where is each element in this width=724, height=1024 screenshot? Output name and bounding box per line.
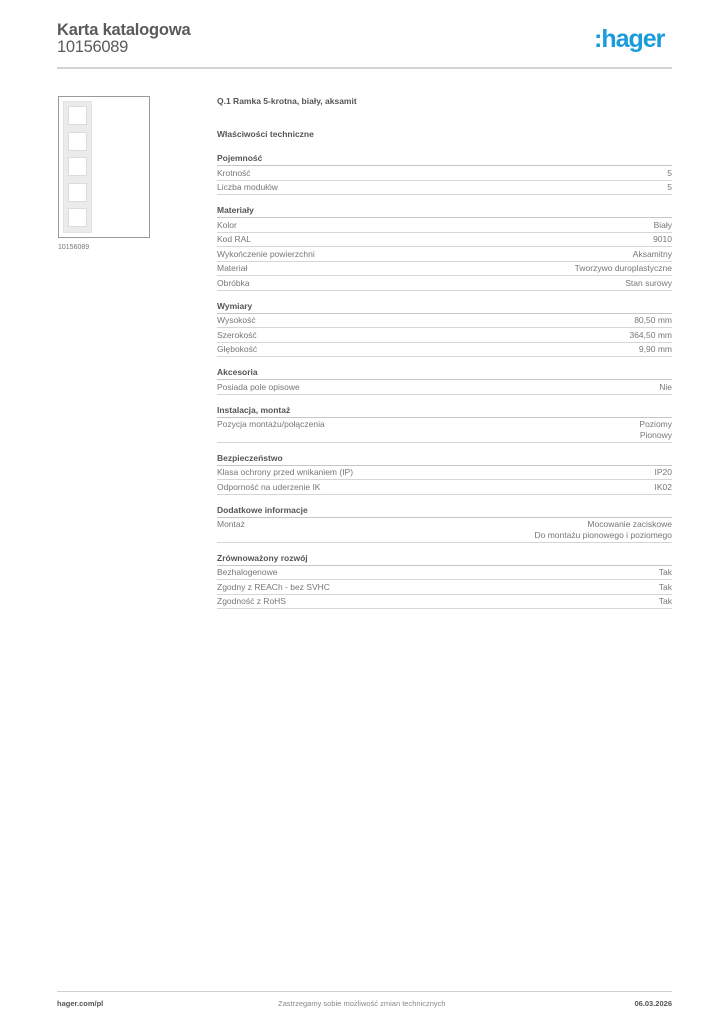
spec-label: Wysokość [217,315,256,326]
spec-value-line: Aksamitny [633,249,672,260]
spec-label: Krotność [217,168,251,179]
spec-group-title: Pojemność [217,153,672,166]
spec-value-line: 9010 [653,234,672,245]
spec-label: Bezhalogenowe [217,567,278,578]
spec-value-line: Poziomy [639,419,672,430]
spec-label: Wykończenie powierzchni [217,249,315,260]
footer-divider [57,991,672,992]
spec-value: Nie [659,382,672,393]
spec-group: Zrównoważony rozwójBezhalogenoweTakZgodn… [217,553,672,610]
product-code: 10156089 [57,38,128,57]
spec-row: Szerokość364,50 mm [217,328,672,343]
spec-value-line: 364,50 mm [629,330,672,341]
spec-value-line: Do montażu pionowego i poziomego [534,530,672,541]
spec-group: MateriałyKolorBiałyKod RAL9010Wykończeni… [217,205,672,291]
spec-value: Tak [659,596,672,607]
spec-value: 5 [667,182,672,193]
spec-value: 364,50 mm [629,330,672,341]
spec-value: Tak [659,567,672,578]
spec-value: Tak [659,582,672,593]
spec-group-title: Materiały [217,205,672,218]
spec-label: Montaż [217,519,245,540]
spec-label: Pozycja montażu/połączenia [217,419,325,440]
spec-group: AkcesoriaPosiada pole opisoweNie [217,367,672,395]
spec-value-line: Mocowanie zaciskowe [534,519,672,530]
spec-value-line: Tak [659,582,672,593]
header-divider [57,67,672,69]
spec-row: MontażMocowanie zaciskoweDo montażu pion… [217,518,672,543]
spec-row: Klasa ochrony przed wnikaniem (IP)IP20 [217,466,672,481]
spec-group: Instalacja, montażPozycja montażu/połącz… [217,405,672,443]
spec-row: KolorBiały [217,218,672,233]
spec-groups: PojemnośćKrotność5Liczba modułów5Materia… [217,153,672,609]
frame-cell [68,183,87,202]
spec-row: ObróbkaStan surowy [217,276,672,291]
spec-label: Szerokość [217,330,257,341]
spec-value: 5 [667,168,672,179]
frame-illustration [63,101,92,233]
spec-value-line: 5 [667,182,672,193]
footer-disclaimer: Zastrzegamy sobie możliwość zmian techni… [278,999,446,1008]
spec-row: Pozycja montażu/połączeniaPoziomyPionowy [217,418,672,443]
spec-value-line: 9,90 mm [639,344,672,355]
spec-group: Dodatkowe informacjeMontażMocowanie zaci… [217,505,672,543]
spec-group: BezpieczeństwoKlasa ochrony przed wnikan… [217,453,672,495]
product-image-caption: 10156089 [58,244,89,251]
frame-cell [68,106,87,125]
spec-value-line: Tak [659,567,672,578]
spec-label: Posiada pole opisowe [217,382,300,393]
spec-group-title: Zrównoważony rozwój [217,553,672,566]
spec-label: Głębokość [217,344,257,355]
spec-value-line: 80,50 mm [634,315,672,326]
spec-value-line: Biały [654,220,672,231]
section-heading: Właściwości techniczne [217,129,672,141]
footer-website-link[interactable]: hager.com/pl [57,999,103,1008]
spec-value: Aksamitny [633,249,672,260]
spec-content: Q.1 Ramka 5-krotna, biały, aksamit Właśc… [217,96,672,619]
spec-label: Kod RAL [217,234,251,245]
hager-logo: :hager [594,27,664,52]
footer-date: 06.03.2026 [634,999,672,1008]
spec-row: Wysokość80,50 mm [217,314,672,329]
spec-value: 80,50 mm [634,315,672,326]
product-image [58,96,150,238]
spec-row: Głębokość9,90 mm [217,343,672,358]
spec-value: Biały [654,220,672,231]
spec-group: PojemnośćKrotność5Liczba modułów5 [217,153,672,195]
frame-cell [68,208,87,227]
spec-row: Zgodny z REACh - bez SVHCTak [217,580,672,595]
spec-label: Liczba modułów [217,182,278,193]
spec-row: Posiada pole opisoweNie [217,380,672,395]
spec-value: IP20 [655,467,673,478]
spec-group-title: Instalacja, montaż [217,405,672,418]
spec-row: MateriałTworzywo duroplastyczne [217,262,672,277]
spec-value-line: Tworzywo duroplastyczne [575,263,672,274]
spec-value: PoziomyPionowy [639,419,672,440]
spec-value: Mocowanie zaciskoweDo montażu pionowego … [534,519,672,540]
spec-group-title: Akcesoria [217,367,672,380]
spec-value: 9,90 mm [639,344,672,355]
spec-value-line: IK02 [655,482,673,493]
spec-label: Zgodny z REACh - bez SVHC [217,582,330,593]
spec-value-line: Pionowy [639,430,672,441]
spec-row: Krotność5 [217,166,672,181]
product-title: Q.1 Ramka 5-krotna, biały, aksamit [217,96,672,108]
spec-value-line: Tak [659,596,672,607]
spec-value: Tworzywo duroplastyczne [575,263,672,274]
spec-value-line: 5 [667,168,672,179]
spec-row: Zgodność z RoHSTak [217,595,672,610]
spec-value: 9010 [653,234,672,245]
spec-group-title: Wymiary [217,301,672,314]
spec-label: Odporność na uderzenie IK [217,482,320,493]
spec-label: Materiał [217,263,247,274]
spec-value: IK02 [655,482,673,493]
spec-value-line: Stan surowy [625,278,672,289]
spec-label: Kolor [217,220,237,231]
spec-group: WymiaryWysokość80,50 mmSzerokość364,50 m… [217,301,672,358]
spec-label: Obróbka [217,278,250,289]
spec-value-line: IP20 [655,467,673,478]
frame-cell [68,132,87,151]
spec-value-line: Nie [659,382,672,393]
spec-row: Wykończenie powierzchniAksamitny [217,247,672,262]
spec-value: Stan surowy [625,278,672,289]
spec-row: Kod RAL9010 [217,233,672,248]
frame-cell [68,157,87,176]
spec-row: Liczba modułów5 [217,181,672,196]
spec-row: Odporność na uderzenie IKIK02 [217,480,672,495]
spec-row: BezhalogenoweTak [217,566,672,581]
spec-group-title: Bezpieczeństwo [217,453,672,466]
spec-label: Klasa ochrony przed wnikaniem (IP) [217,467,353,478]
spec-label: Zgodność z RoHS [217,596,286,607]
spec-group-title: Dodatkowe informacje [217,505,672,518]
